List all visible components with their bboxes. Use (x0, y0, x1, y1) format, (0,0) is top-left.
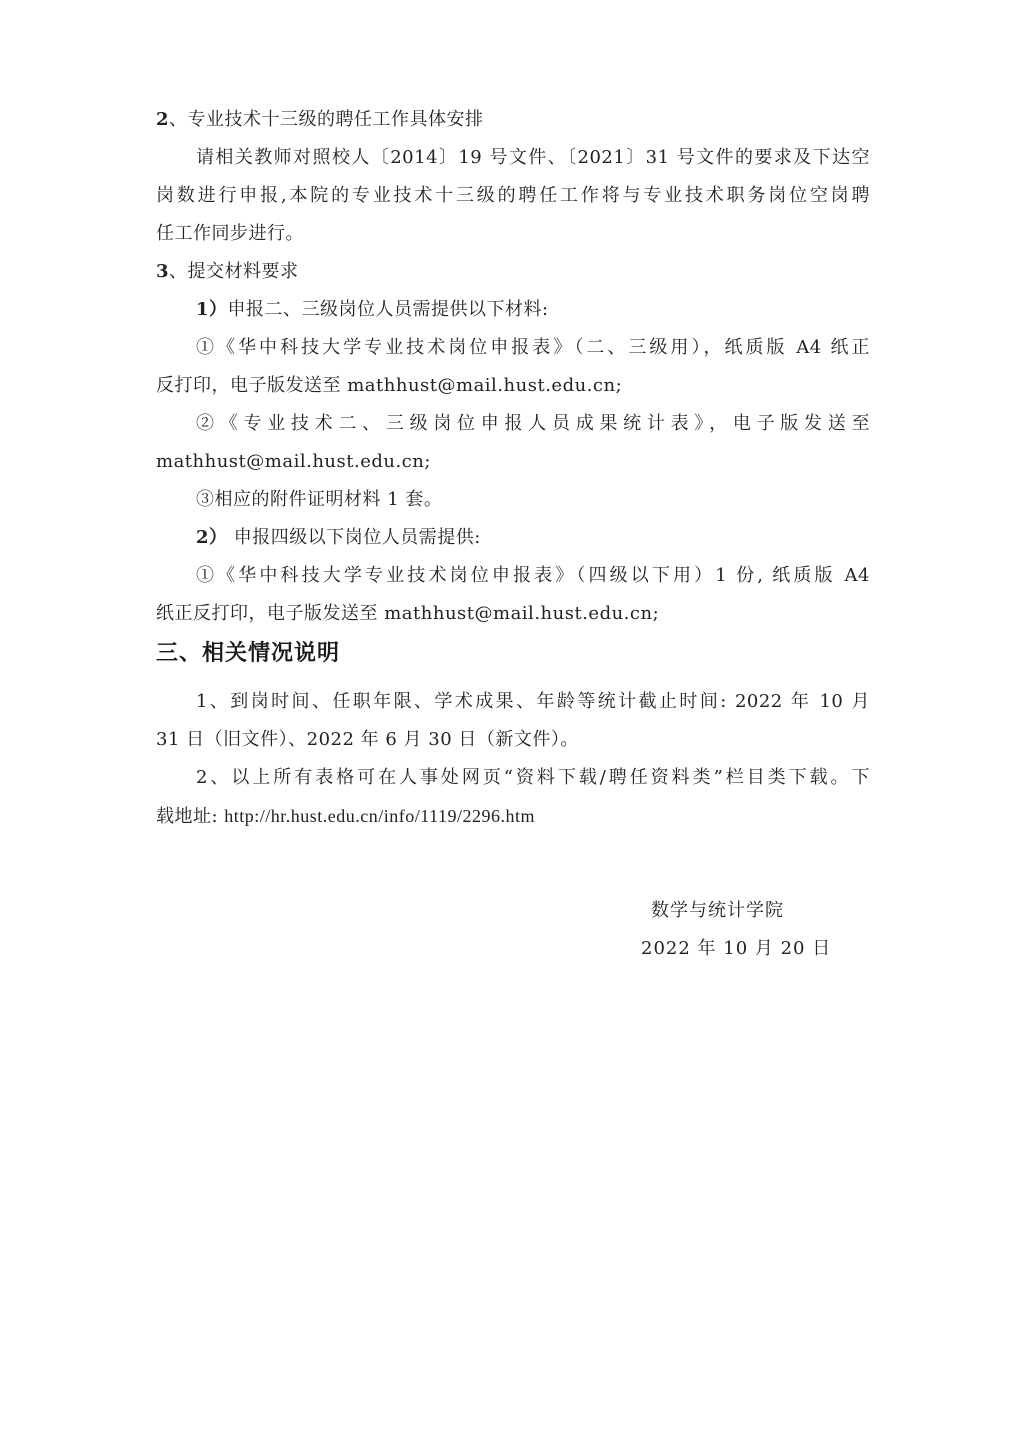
sub-2-item-1-line-2: 纸正反打印，电子版发送至 mathhust@mail.hust.edu.cn; (156, 602, 659, 626)
sub-1-text: 申报二、三级岗位人员需提供以下材料: (228, 299, 549, 320)
sub-1-item-2-line-1: ②《专业技术二、三级岗位申报人员成果统计表》，电子版发送至 (196, 412, 870, 436)
part-3-item-2-line-1: 2、以上所有表格可在人事处网页“资料下载/聘任资料类”栏目类下载。下 (196, 766, 870, 790)
sub-1-item-1-line-2: 反打印，电子版发送至 mathhust@mail.hust.edu.cn; (156, 374, 622, 398)
section-2-title: 2、专业技术十三级的聘任工作具体安排 (156, 108, 484, 132)
signature-date: 2022 年 10 月 20 日 (641, 937, 831, 961)
section-2-title-text: 、专业技术十三级的聘任工作具体安排 (169, 109, 484, 130)
sub-1-heading: 1）申报二、三级岗位人员需提供以下材料: (196, 298, 549, 322)
section-2-paragraph-line-1: 请相关教师对照校人〔2014〕19 号文件、〔2021〕31 号文件的要求及下达… (196, 146, 870, 170)
part-3-item-1-line-2: 31 日（旧文件）、2022 年 6 月 30 日（新文件）。 (156, 728, 579, 752)
download-address-label: 载地址: (156, 806, 224, 827)
part-3-item-1-line-1: 1、到岗时间、任职年限、学术成果、年龄等统计截止时间: 2022 年 10 月 (196, 690, 870, 714)
sub-2-text: 申报四级以下岗位人员需提供: (228, 527, 481, 548)
sub-1-item-3: ③相应的附件证明材料 1 套。 (196, 488, 442, 512)
part-3-item-2-line-2: 载地址: http://hr.hust.edu.cn/info/1119/229… (156, 804, 535, 829)
section-2-number: 2 (156, 109, 169, 130)
signature-organization: 数学与统计学院 (651, 899, 784, 923)
sub-1-number: 1） (196, 299, 228, 320)
sub-1-item-2-line-2: mathhust@mail.hust.edu.cn; (156, 450, 431, 474)
sub-2-item-1-line-1: ①《华中科技大学专业技术岗位申报表》（四级以下用）1 份, 纸质版 A4 (196, 564, 870, 588)
section-3-title: 3、提交材料要求 (156, 260, 299, 284)
section-3-title-text: 、提交材料要求 (169, 261, 299, 282)
sub-1-item-1-line-1: ①《华中科技大学专业技术岗位申报表》（二、三级用），纸质版 A4 纸正 (196, 336, 870, 360)
section-3-number: 3 (156, 261, 169, 282)
sub-2-number: 2） (196, 527, 228, 548)
section-2-paragraph-line-2: 岗数进行申报,本院的专业技术十三级的聘任工作将与专业技术职务岗位空岗聘 (156, 184, 870, 208)
download-link[interactable]: http://hr.hust.edu.cn/info/1119/2296.htm (224, 806, 535, 826)
part-3-heading: 三、相关情况说明 (156, 640, 340, 668)
sub-2-heading: 2） 申报四级以下岗位人员需提供: (196, 526, 481, 550)
section-2-paragraph-line-3: 任工作同步进行。 (156, 222, 304, 246)
